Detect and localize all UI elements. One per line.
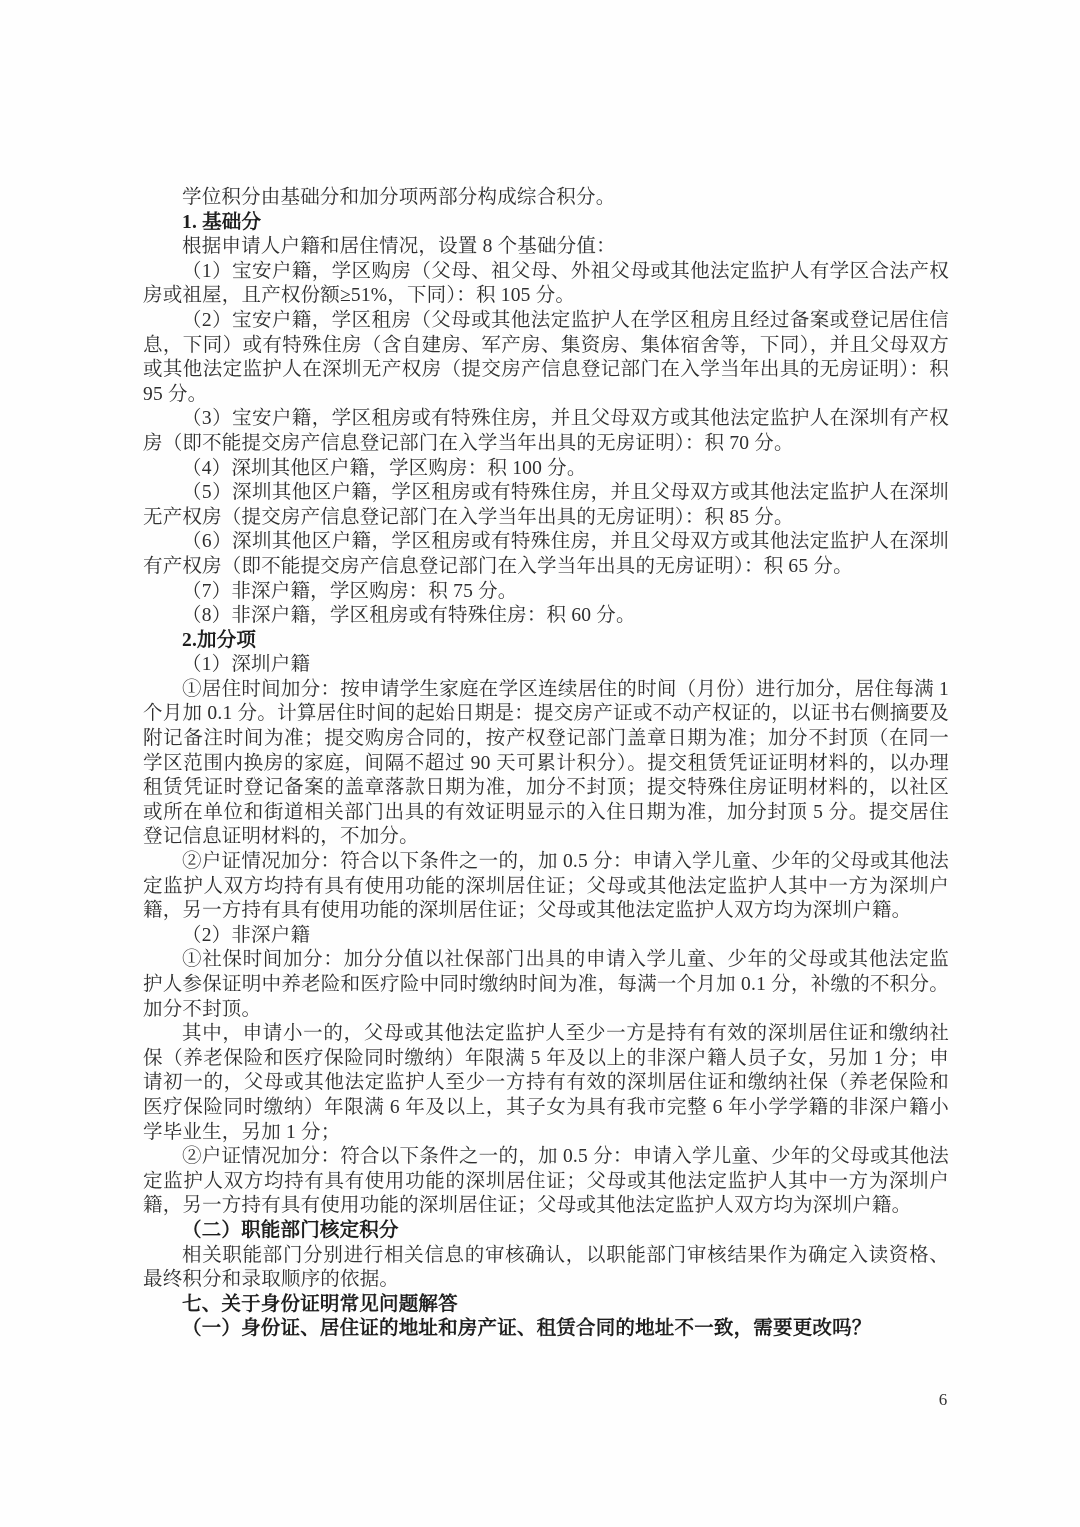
paragraph: （1）深圳户籍: [143, 653, 949, 678]
paragraph: ②户证情况加分：符合以下条件之一的，加 0.5 分：申请入学儿童、少年的父母或其…: [143, 850, 949, 924]
paragraph: （3）宝安户籍，学区租房或有特殊住房，并且父母双方或其他法定监护人在深圳有产权房…: [143, 407, 949, 456]
paragraph: 其中，申请小一的，父母或其他法定监护人至少一方是持有有效的深圳居住证和缴纳社保（…: [143, 1022, 949, 1145]
paragraph: （5）深圳其他区户籍，学区租房或有特殊住房，并且父母双方或其他法定监护人在深圳无…: [143, 481, 949, 530]
document-page: 学位积分由基础分和加分项两部分构成综合积分。1. 基础分根据申请人户籍和居住情况…: [0, 0, 1080, 1527]
paragraph: ①社保时间加分：加分分值以社保部门出具的申请入学儿童、少年的父母或其他法定监护人…: [143, 948, 949, 1022]
paragraph: （7）非深户籍，学区购房：积 75 分。: [143, 580, 949, 605]
section-heading: （一）身份证、居住证的地址和房产证、租赁合同的地址不一致，需要更改吗？: [143, 1317, 949, 1342]
section-heading: （二）职能部门核定积分: [143, 1219, 949, 1244]
paragraph: （2）非深户籍: [143, 924, 949, 949]
paragraph: （6）深圳其他区户籍，学区租房或有特殊住房，并且父母双方或其他法定监护人在深圳有…: [143, 530, 949, 579]
section-heading: 2.加分项: [143, 629, 949, 654]
paragraph: （2）宝安户籍，学区租房（父母或其他法定监护人在学区租房且经过备案或登记居住信息…: [143, 309, 949, 407]
paragraph: ①居住时间加分：按申请学生家庭在学区连续居住的时间（月份）进行加分，居住每满 1…: [143, 678, 949, 850]
page-number: 6: [928, 1390, 958, 1410]
section-heading: 1. 基础分: [143, 211, 949, 236]
paragraph: （8）非深户籍，学区租房或有特殊住房：积 60 分。: [143, 604, 949, 629]
paragraph: 相关职能部门分别进行相关信息的审核确认，以职能部门审核结果作为确定入读资格、最终…: [143, 1244, 949, 1293]
paragraph: 学位积分由基础分和加分项两部分构成综合积分。: [143, 186, 949, 211]
paragraph: 根据申请人户籍和居住情况，设置 8 个基础分值：: [143, 235, 949, 260]
paragraph: （4）深圳其他区户籍，学区购房：积 100 分。: [143, 457, 949, 482]
paragraph: ②户证情况加分：符合以下条件之一的，加 0.5 分：申请入学儿童、少年的父母或其…: [143, 1145, 949, 1219]
document-body: 学位积分由基础分和加分项两部分构成综合积分。1. 基础分根据申请人户籍和居住情况…: [143, 186, 949, 1342]
paragraph: （1）宝安户籍，学区购房（父母、祖父母、外祖父母或其他法定监护人有学区合法产权房…: [143, 260, 949, 309]
section-heading: 七、关于身份证明常见问题解答: [143, 1293, 949, 1318]
